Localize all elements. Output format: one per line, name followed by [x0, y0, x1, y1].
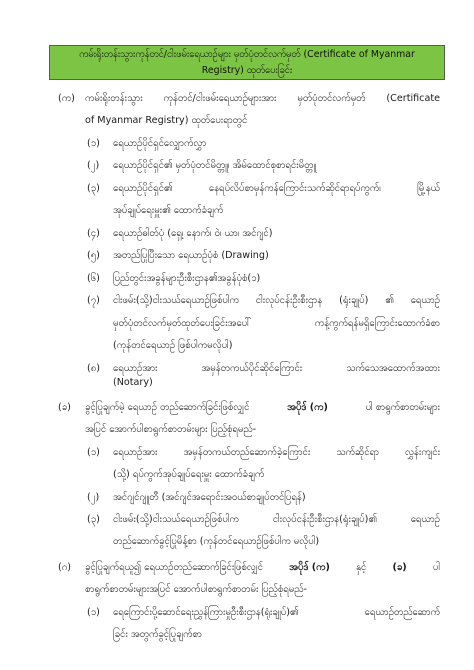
item-text: ရေယာဉ်ပိုင်ရှင်၏ မှတ်ပုံတင်မိတ္တူ၊ အိမ်ထ…	[113, 155, 440, 178]
item-text: ငါးဖမ်း(သို့)ငါးသယ်ရေယာဉ်ဖြစ်ပါက ငါးလုပ်…	[113, 509, 440, 532]
item-text: ရေကြောင်းပို့ဆောင်ရေးညွှန်ကြားမှုဦးစီးဌာ…	[113, 602, 440, 625]
item-text: ခြင်း အတွက်ခွင့်ပြုချက်စာ	[113, 624, 440, 647]
item-marker: (၁)	[87, 133, 100, 156]
item-text: ငါးဖမ်း(သို့)ငါးသယ်ရေယာဉ်ဖြစ်ပါက ငါးလုပ်…	[113, 290, 440, 313]
section-marker: (ခ)	[58, 397, 71, 420]
item-text: ပြည်တွင်းအခွန်များဦးစီးဌာန၏အခွန်ပုံစံ(၁)	[113, 268, 440, 291]
section-text-bold-ref: (ခ)	[393, 557, 407, 580]
section-text-line: ခွင့်ပြုချက်မဲ့ ရေယာဉ် တည်ဆောက်ခြင်းဖြစ်…	[85, 397, 440, 420]
item-text: အတည်ပြုပြီးသော ရေယာဉ်ပုံစံ (Drawing)	[113, 245, 440, 268]
section-marker: (က)	[58, 88, 75, 111]
item-marker: (၂)	[87, 155, 99, 178]
document-title-line1: ကမ်းရိုးတန်းသွားကုန်တင်/ငါးဖမ်းရေယာဉ်မျာ…	[50, 47, 444, 63]
item-marker: (၁)	[87, 442, 100, 465]
section-text-post: ပါ စာရွက်စာတမ်းများ	[366, 397, 440, 420]
item-text: (ကုန်တင်ရေယာဉ် ဖြစ်ပါကမလိုပါ)	[113, 335, 440, 358]
section-text-line: ကမ်းရိုးတန်းသွား ကုန်တင်/ငါးဖမ်းရေယာဉ်မျ…	[85, 88, 440, 111]
section-text-pre: ခွင့်ပြုချက်ရယူ၍ ရေယာဉ်တည်ဆောက်ခြင်းဖြစ်…	[85, 557, 263, 580]
item-text: ရေယာဉ်ပိုင်ရှင်လျှောက်လွှာ	[113, 133, 440, 156]
section-text-post: ပါ	[433, 557, 440, 580]
item-marker: (၁)	[87, 602, 100, 625]
item-text: မှတ်ပုံတင်လက်မှတ်ထုတ်ပေးခြင်းအပေါ် ကန့်က…	[113, 313, 440, 336]
item-marker: (၈)	[87, 358, 100, 381]
item-marker: (၃)	[87, 178, 100, 201]
section-text-pre: ခွင့်ပြုချက်မဲ့ ရေယာဉ် တည်ဆောက်ခြင်းဖြစ်…	[85, 397, 250, 420]
item-text: (သို့) ရပ်ကွက်အုပ်ချုပ်ရေးမှူး ထောက်ခံချ…	[113, 464, 440, 487]
section-text-line: of Myanmar Registry) ထုတ်ပေးရာတွင်	[85, 110, 440, 133]
item-marker: (၅)	[87, 245, 100, 268]
document-title-box: ကမ်းရိုးတန်းသွားကုန်တင်/ငါးဖမ်းရေယာဉ်မျာ…	[49, 45, 445, 80]
section-text-line: အပြင် အောက်ပါစာရွက်စာတမ်းများ ပြည့်စုံရမ…	[85, 419, 440, 442]
item-marker: (၇)	[87, 290, 100, 313]
section-marker: (ဂ)	[58, 557, 71, 580]
item-marker: (၃)	[87, 509, 100, 532]
item-text: (Notary)	[113, 372, 440, 395]
item-text: ရေယာဉ်ဓါတ်ပုံ (ရှေ့၊ နောက်၊ ဝဲ၊ ယာ၊ အင်ဂ…	[113, 223, 440, 246]
item-text: အုပ်ချုပ်ရေးမှူး၏ ထောက်ခံချက်	[113, 200, 440, 223]
item-marker: (၆)	[87, 268, 100, 291]
section-text-bold-ref: အပိုဒ် (က)	[289, 557, 330, 580]
section-text-line: ခွင့်ပြုချက်ရယူ၍ ရေယာဉ်တည်ဆောက်ခြင်းဖြစ်…	[85, 557, 440, 580]
item-marker: (၂)	[87, 487, 99, 510]
document-title-line2: Registry) ထုတ်ပေးခြင်း	[50, 63, 444, 79]
item-text: ရေယာဉ်ပိုင်ရှင်၏ နေရပ်လိပ်စာမှန်ကန်ကြောင…	[113, 178, 440, 201]
item-text: အင်ဂျင်ဂျူတီ (အင်ဂျင်အရောင်းအဝယ်စာချုပ်တ…	[113, 487, 440, 510]
item-marker: (၄)	[87, 223, 100, 246]
item-text: တည်ဆောက်ခွင့်ပြုမိန့်စာ (ကုန်တင်ရေယာဉ်ဖြ…	[113, 531, 440, 554]
section-text-bold-ref: အပိုဒ် (က)	[287, 397, 328, 420]
item-text: ရေယာဉ်အား အမှန်တကယ်တည်ဆောက်ခဲ့ကြောင်း သက…	[113, 442, 440, 465]
section-text-mid: နှင့်	[356, 557, 366, 580]
document-page: ကမ်းရိုးတန်းသွားကုန်တင်/ငါးဖမ်းရေယာဉ်မျာ…	[0, 0, 474, 670]
section-text-line: စာရွက်စာတမ်းများအပြင် အောက်ပါစာရွက်စာတမ်…	[85, 579, 440, 602]
